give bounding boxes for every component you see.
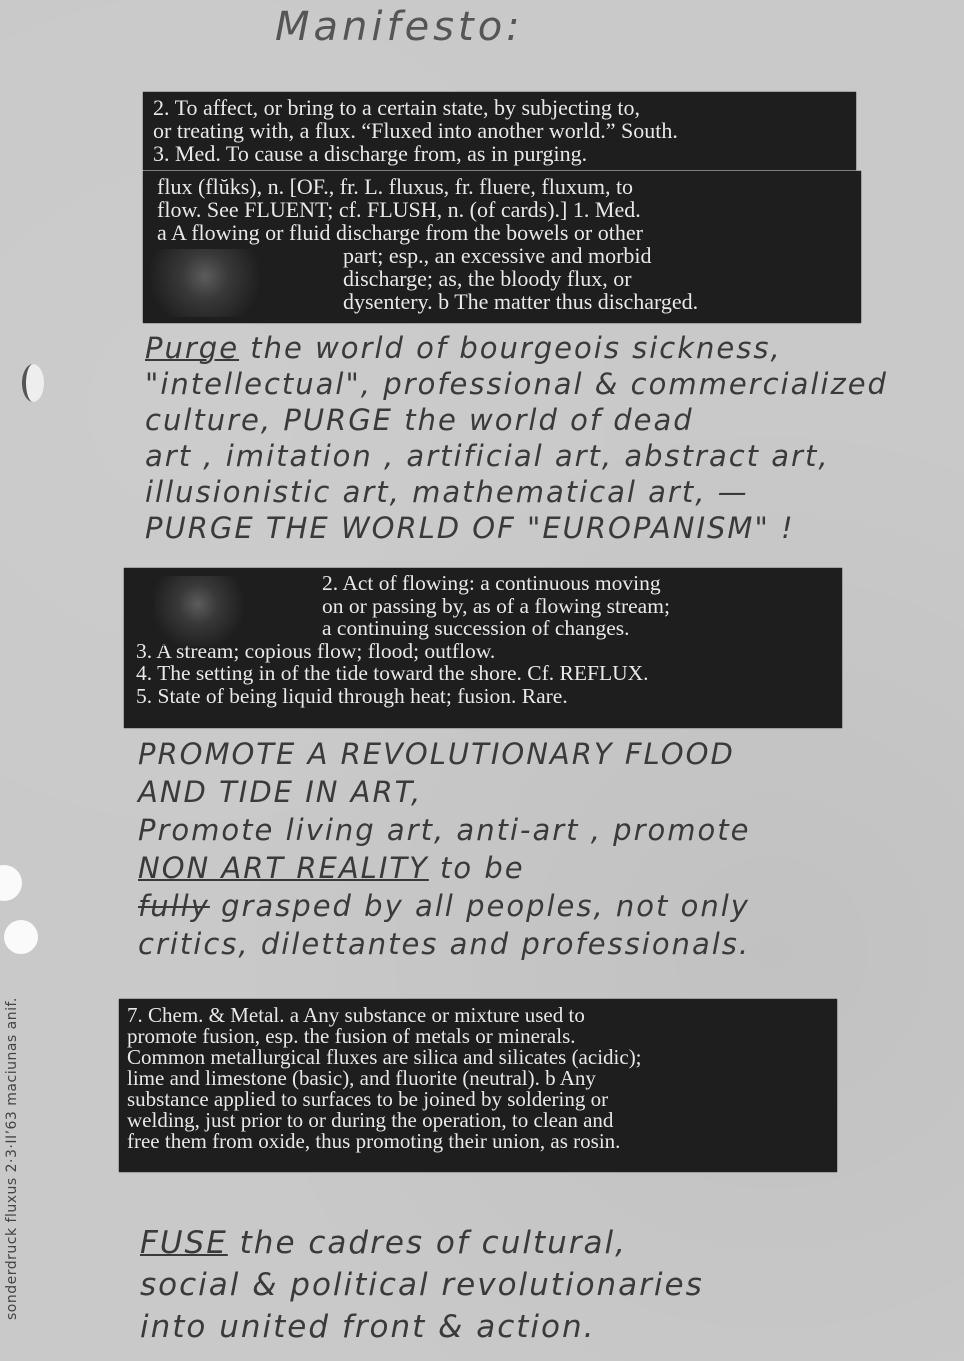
handwritten-line: PURGE THE WORLD OF "EUROPANISM" ! bbox=[145, 510, 888, 546]
handwritten-line: "intellectual", professional & commercia… bbox=[145, 366, 888, 402]
handwritten-line: AND TIDE IN ART, bbox=[138, 773, 750, 811]
punch-hole bbox=[0, 865, 22, 901]
clipping-line: promote fusion, esp. the fusion of metal… bbox=[127, 1026, 829, 1047]
punch-hole bbox=[4, 920, 38, 954]
clipping-line: flux (flŭks), n. [OF., fr. L. fluxus, fr… bbox=[157, 175, 853, 198]
handwritten-line: Promote living art, anti-art , promote bbox=[138, 811, 750, 849]
dictionary-clipping-flowing: 2. Act of flowing: a continuous moving o… bbox=[124, 568, 842, 728]
handwritten-line: illusionistic art, mathematical art, — bbox=[145, 474, 888, 510]
clipping-line: lime and limestone (basic), and fluorite… bbox=[127, 1068, 829, 1089]
clipping-line: 5. State of being liquid through heat; f… bbox=[136, 685, 834, 708]
handwritten-line: the cadres of cultural, bbox=[228, 1225, 627, 1261]
clipping-line: flow. See FLUENT; cf. FLUSH, n. (of card… bbox=[157, 198, 853, 221]
struck-word: fully bbox=[138, 889, 210, 923]
clipping-line: free them from oxide, thus promoting the… bbox=[127, 1131, 829, 1152]
fuse-lead-word: FUSE bbox=[140, 1225, 228, 1261]
handwritten-line: culture, PURGE the world of dead bbox=[145, 402, 888, 438]
manifesto-page: Manifesto: 2. To affect, or bring to a c… bbox=[0, 0, 964, 1361]
clipping-line: 3. Med. To cause a discharge from, as in… bbox=[153, 142, 848, 165]
clipping-illustration bbox=[149, 249, 289, 317]
handwritten-line: critics, dilettantes and professionals. bbox=[138, 925, 750, 963]
handwritten-line: into united front & action. bbox=[140, 1306, 704, 1348]
handwritten-line: art , imitation , artificial art, abstra… bbox=[145, 438, 888, 474]
dictionary-clipping-flux-noun: flux (flŭks), n. [OF., fr. L. fluxus, fr… bbox=[143, 171, 861, 323]
clipping-line: substance applied to surfaces to be join… bbox=[127, 1089, 829, 1110]
dictionary-clipping-flux-verb: 2. To affect, or bring to a certain stat… bbox=[143, 92, 856, 170]
clipping-line: 2. To affect, or bring to a certain stat… bbox=[153, 96, 848, 119]
clipping-line: welding, just prior to or during the ope… bbox=[127, 1110, 829, 1131]
dictionary-clipping-chem-metal: 7. Chem. & Metal. a Any substance or mix… bbox=[119, 999, 837, 1172]
handwritten-fuse-paragraph: FUSE the cadres of cultural, social & po… bbox=[140, 1222, 704, 1348]
clipping-line: or treating with, a flux. “Fluxed into a… bbox=[153, 119, 848, 142]
side-caption: sonderdruck fluxus 2·3·II’63 maciunas an… bbox=[4, 997, 20, 1320]
clipping-line: Common metallurgical fluxes are silica a… bbox=[127, 1047, 829, 1068]
non-art-reality: NON ART REALITY bbox=[138, 851, 429, 885]
handwritten-purge-paragraph: Purge the world of bourgeois sickness, "… bbox=[145, 330, 888, 546]
clipping-line: 7. Chem. & Metal. a Any substance or mix… bbox=[127, 1005, 829, 1026]
purge-lead-word: Purge bbox=[145, 331, 239, 365]
handwritten-fragment: to be bbox=[429, 851, 525, 885]
page-title: Manifesto: bbox=[275, 4, 524, 50]
clipping-illustration bbox=[154, 576, 264, 646]
handwritten-line: social & political revolutionaries bbox=[140, 1264, 704, 1306]
clipping-line: a A flowing or fluid discharge from the … bbox=[157, 221, 853, 244]
handwritten-line: the world of bourgeois sickness, bbox=[239, 331, 782, 365]
handwritten-fragment: grasped by all peoples, not only bbox=[210, 889, 750, 923]
binder-hole-mark bbox=[22, 364, 44, 402]
clipping-line: 4. The setting in of the tide toward the… bbox=[136, 662, 834, 685]
handwritten-promote-paragraph: PROMOTE A REVOLUTIONARY FLOOD AND TIDE I… bbox=[138, 735, 750, 963]
handwritten-line: PROMOTE A REVOLUTIONARY FLOOD bbox=[138, 735, 750, 773]
